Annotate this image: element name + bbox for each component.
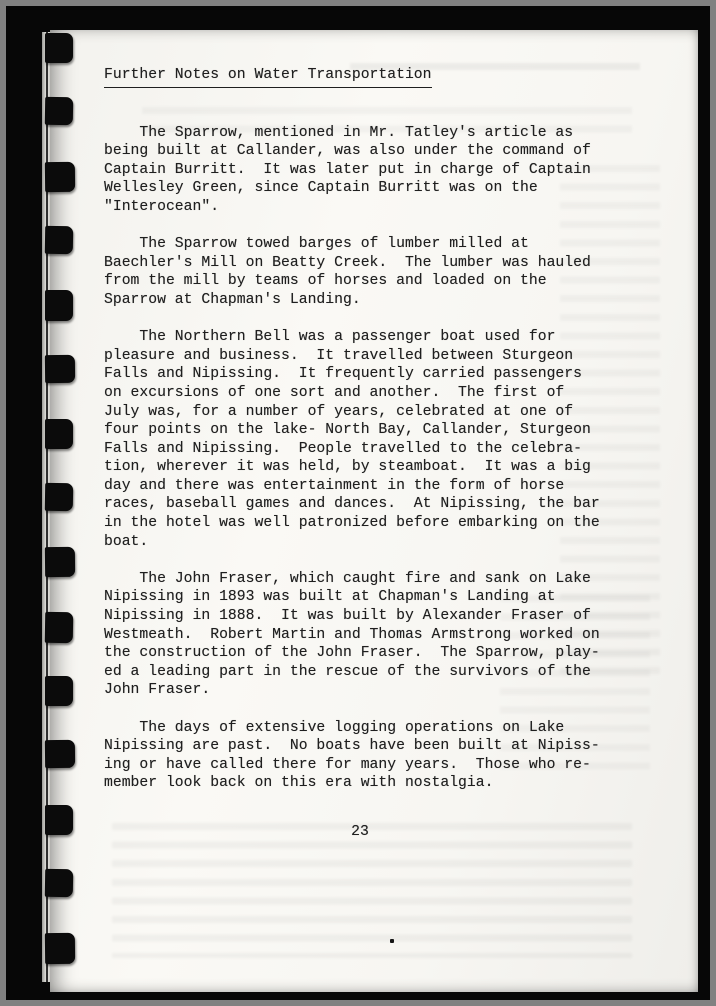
binding-tooth <box>45 483 73 511</box>
paragraph-5: The days of extensive logging operations… <box>104 719 664 793</box>
binding-tooth <box>45 869 73 897</box>
paragraph-2: The Sparrow towed barges of lumber mille… <box>104 235 664 309</box>
binding-tooth <box>45 547 75 577</box>
binding-tooth <box>45 611 73 642</box>
binding-tooth <box>45 676 73 706</box>
scanned-book-page: Further Notes on Water Transportation Th… <box>0 0 716 1006</box>
binding-tooth <box>45 933 75 964</box>
binding-tooth <box>45 161 75 191</box>
paragraph-1: The Sparrow, mentioned in Mr. Tatley's a… <box>104 124 664 217</box>
binding-tooth <box>45 354 75 382</box>
binding-tooth <box>45 33 73 63</box>
binding-tooth <box>45 97 73 125</box>
binding-tooth <box>45 805 73 835</box>
document-page: Further Notes on Water Transportation Th… <box>50 30 698 992</box>
section-title: Further Notes on Water Transportation <box>104 66 432 88</box>
typewritten-content: Further Notes on Water Transportation Th… <box>104 30 664 842</box>
binding-tooth <box>45 226 73 254</box>
paragraph-4: The John Fraser, which caught fire and s… <box>104 570 664 700</box>
page-number: 23 <box>104 823 616 842</box>
ink-dot-artifact <box>390 939 394 943</box>
binding-tooth <box>45 419 73 449</box>
binding-tooth <box>45 740 75 768</box>
binding-tooth <box>45 290 73 321</box>
paragraph-3: The Northern Bell was a passenger boat u… <box>104 328 664 551</box>
